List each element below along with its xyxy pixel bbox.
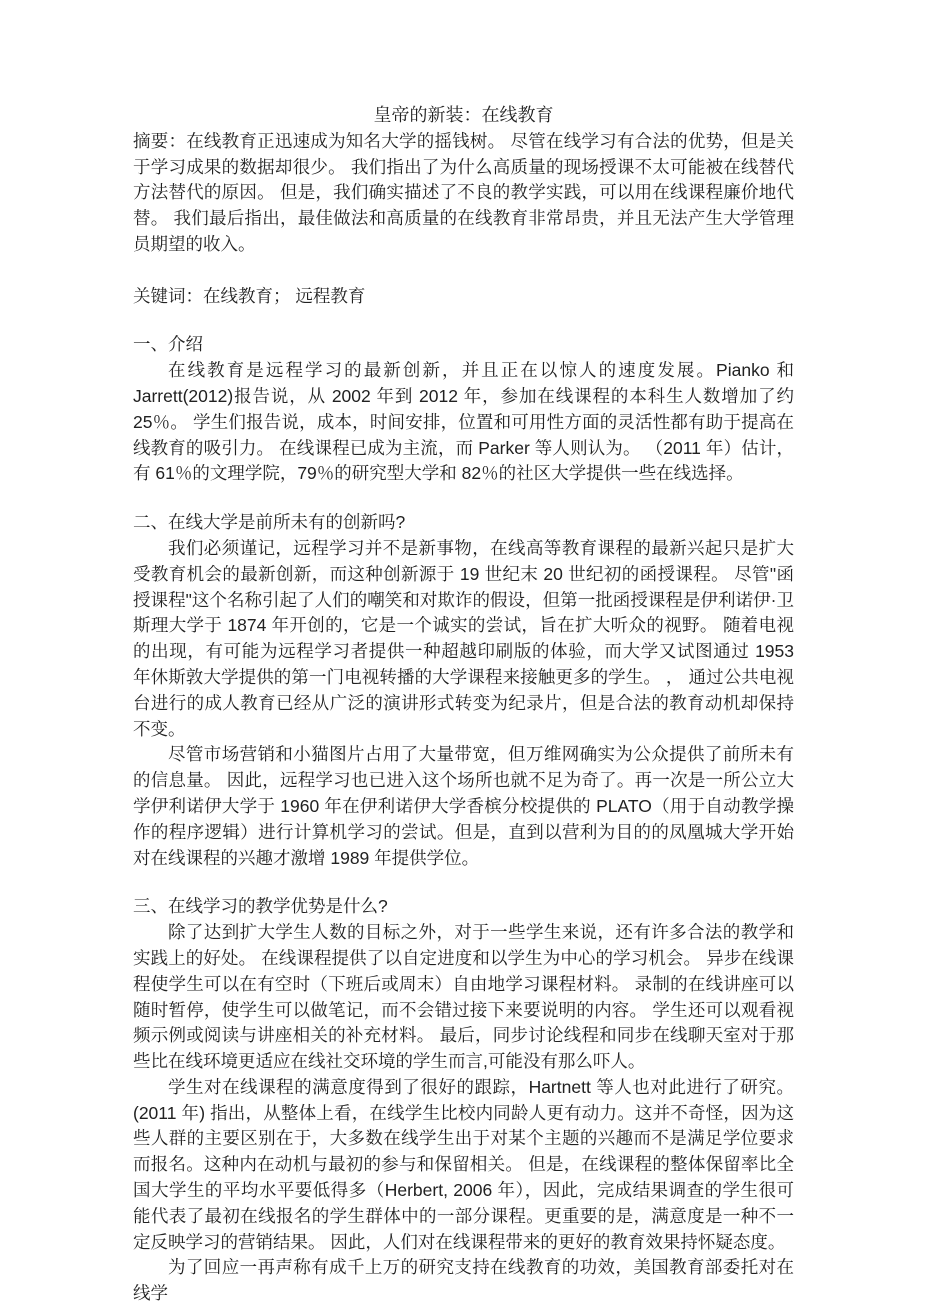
section-3-paragraph-3: 为了回应一再声称有成千上万的研究支持在线教育的功效，美国教育部委托对在线学 bbox=[133, 1255, 794, 1307]
section-2-paragraph-2: 尽管市场营销和小猫图片占用了大量带宽，但万维网确实为公众提供了前所未有的信息量。… bbox=[133, 742, 794, 871]
document-page: 皇帝的新装：在线教育 摘要：在线教育正迅速成为知名大学的摇钱树。 尽管在线学习有… bbox=[0, 0, 926, 1309]
section-1-heading: 一、介绍 bbox=[133, 332, 794, 358]
section-online-university-innovation: 二、在线大学是前所未有的创新吗? 我们必须谨记，远程学习并不是新事物，在线高等教… bbox=[133, 510, 794, 871]
section-2-paragraph-1: 我们必须谨记，远程学习并不是新事物，在线高等教育课程的最新兴起只是扩大受教育机会… bbox=[133, 536, 794, 742]
section-2-heading: 二、在线大学是前所未有的创新吗? bbox=[133, 510, 794, 536]
document-content: 皇帝的新装：在线教育 摘要：在线教育正迅速成为知名大学的摇钱树。 尽管在线学习有… bbox=[133, 103, 794, 1307]
section-introduction: 一、介绍 在线教育是远程学习的最新创新，并且正在以惊人的速度发展。Pianko … bbox=[133, 332, 794, 487]
section-1-paragraph-1: 在线教育是远程学习的最新创新，并且正在以惊人的速度发展。Pianko 和 Jar… bbox=[133, 358, 794, 487]
section-3-heading: 三、在线学习的教学优势是什么? bbox=[133, 894, 794, 920]
document-title: 皇帝的新装：在线教育 bbox=[133, 103, 794, 129]
abstract-paragraph: 摘要：在线教育正迅速成为知名大学的摇钱树。 尽管在线学习有合法的优势，但是关于学… bbox=[133, 129, 794, 258]
section-3-paragraph-2: 学生对在线课程的满意度得到了很好的跟踪，Hartnett 等人也对此进行了研究。… bbox=[133, 1075, 794, 1256]
section-teaching-advantages: 三、在线学习的教学优势是什么? 除了达到扩大学生人数的目标之外，对于一些学生来说… bbox=[133, 894, 794, 1307]
keywords-line: 关键词：在线教育； 远程教育 bbox=[133, 284, 794, 310]
section-3-paragraph-1: 除了达到扩大学生人数的目标之外，对于一些学生来说，还有许多合法的教学和实践上的好… bbox=[133, 920, 794, 1075]
